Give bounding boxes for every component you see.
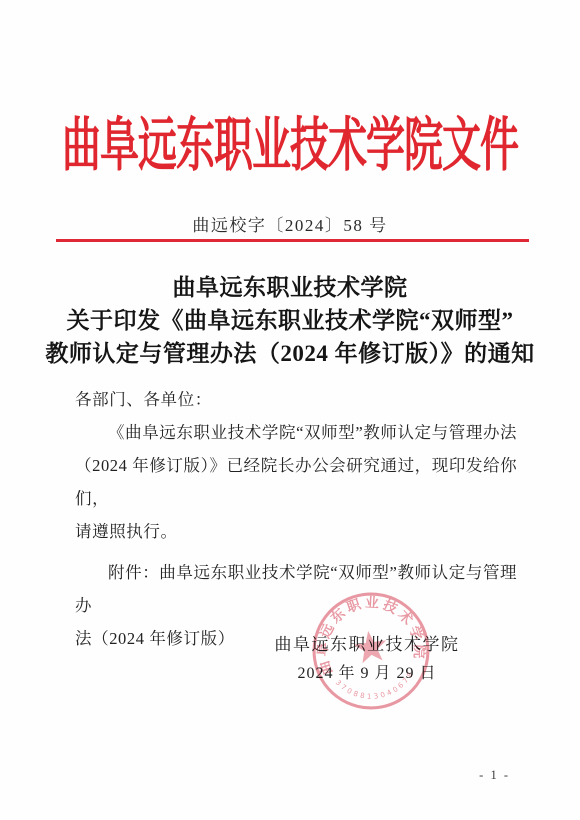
signature-org: 曲阜远东职业技术学院 (272, 634, 462, 656)
document-page: 曲阜远东职业技术学院文件 曲远校字〔2024〕58 号 曲阜远东职业技术学院 关… (0, 0, 580, 820)
doc-number: 曲远校字〔2024〕58 号 (0, 211, 580, 236)
letterhead-divider (56, 239, 529, 242)
body-line: 请遵照执行。 (75, 515, 525, 548)
letterhead-title: 曲阜远东职业技术学院文件 (0, 117, 580, 177)
notice-body: 各部门、各单位： 《曲阜远东职业技术学院“双师型”教师认定与管理办法 （2024… (75, 383, 525, 655)
page-number: - 1 - (479, 768, 510, 783)
notice-title-line-1: 曲阜远东职业技术学院 (0, 271, 580, 304)
signature-block: 曲阜远东职业技术学院 2024 年 9 月 29 日 (272, 634, 462, 684)
body-line: 《曲阜远东职业技术学院“双师型”教师认定与管理办法 (75, 416, 525, 449)
notice-title-line-3: 教师认定与管理办法（2024 年修订版）》的通知 (0, 337, 580, 370)
notice-title: 曲阜远东职业技术学院 关于印发《曲阜远东职业技术学院“双师型” 教师认定与管理办… (0, 271, 580, 370)
notice-title-line-2: 关于印发《曲阜远东职业技术学院“双师型” (0, 304, 580, 337)
signature-date: 2024 年 9 月 29 日 (272, 664, 462, 684)
paragraph-gap (75, 548, 525, 556)
attachment-line: 附件：曲阜远东职业技术学院“双师型”教师认定与管理办 (75, 556, 525, 622)
salutation: 各部门、各单位： (75, 383, 525, 416)
body-line: （2024 年修订版）》已经院长办公会研究通过，现印发给你们， (75, 449, 525, 515)
